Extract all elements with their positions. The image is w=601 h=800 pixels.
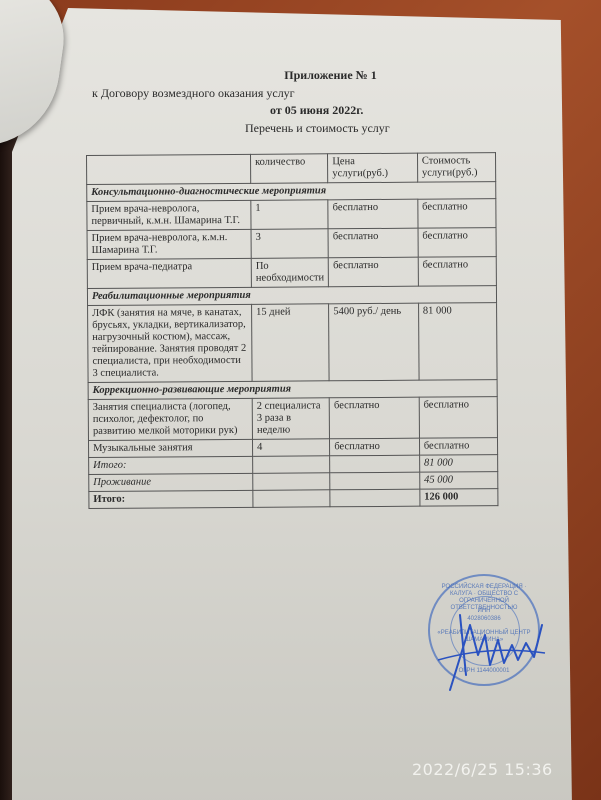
- service-cost: бесплатно: [418, 199, 496, 229]
- list-heading: Перечень и стоимость услуг: [245, 121, 390, 136]
- service-quantity: По необходимости: [251, 258, 328, 288]
- summary-label: Итого:: [89, 490, 253, 508]
- service-price: бесплатно: [329, 397, 419, 439]
- table-row: ЛФК (занятия на мяче, в канатах, брусьях…: [88, 303, 498, 383]
- service-cost: 81 000: [418, 303, 497, 381]
- table-header-row: количествоЦена услуги(руб.)Стоимость усл…: [87, 153, 496, 185]
- column-header: [87, 154, 251, 184]
- summary-empty: [330, 455, 420, 473]
- service-quantity: 1: [251, 200, 328, 230]
- service-price: бесплатно: [328, 228, 418, 258]
- service-name: Занятия специалиста (логопед, психолог, …: [88, 398, 252, 440]
- service-price: бесплатно: [328, 199, 418, 229]
- summary-label: Проживание: [89, 473, 253, 491]
- service-price: бесплатно: [329, 257, 419, 287]
- service-quantity: 2 специалиста 3 раза в неделю: [252, 398, 330, 440]
- summary-value: 81 000: [419, 455, 497, 473]
- table-row: Прием врача-невролога, первичный, к.м.н.…: [87, 199, 496, 231]
- service-name: ЛФК (занятия на мяче, в канатах, брусьях…: [88, 304, 253, 382]
- service-cost: бесплатно: [419, 438, 497, 456]
- summary-value: 45 000: [420, 472, 498, 490]
- summary-empty: [253, 456, 330, 474]
- service-price: 5400 руб./ день: [329, 303, 419, 381]
- service-cost: бесплатно: [419, 397, 497, 439]
- table-row: Занятия специалиста (логопед, психолог, …: [88, 397, 497, 441]
- service-cost: бесплатно: [418, 228, 496, 258]
- summary-label: Итого:: [89, 456, 253, 474]
- service-name: Прием врача-невролога, к.м.н. Шамарина Т…: [87, 229, 251, 259]
- photo-timestamp: 2022/6/25 15:36: [412, 760, 553, 779]
- column-header: Цена услуги(руб.): [328, 153, 418, 183]
- service-cost: бесплатно: [418, 257, 496, 287]
- summary-empty: [330, 489, 420, 507]
- service-name: Музыкальные занятия: [88, 439, 252, 457]
- summary-empty: [253, 473, 330, 491]
- document-title: Приложение № 1: [0, 68, 601, 83]
- contract-date: от 05 июня 2022г.: [270, 103, 363, 118]
- service-quantity: 3: [251, 229, 328, 259]
- service-name: Прием врача-педиатра: [87, 258, 251, 288]
- table-row: Прием врача-невролога, к.м.н. Шамарина Т…: [87, 228, 496, 260]
- summary-row: Итого:126 000: [89, 489, 498, 509]
- summary-empty: [253, 490, 330, 508]
- service-quantity: 4: [253, 439, 330, 457]
- signature: [430, 605, 550, 695]
- service-name: Прием врача-невролога, первичный, к.м.н.…: [87, 200, 251, 230]
- column-header: количество: [251, 154, 328, 184]
- summary-empty: [330, 472, 420, 490]
- contract-reference: к Договору возмездного оказания услуг: [92, 86, 295, 101]
- service-quantity: 15 дней: [252, 304, 330, 382]
- summary-value: 126 000: [420, 489, 498, 507]
- service-price: бесплатно: [330, 438, 420, 456]
- column-header: Стоимость услуги(руб.): [417, 153, 495, 183]
- table-row: Прием врача-педиатраПо необходимостибесп…: [87, 257, 496, 289]
- services-table: количествоЦена услуги(руб.)Стоимость усл…: [86, 152, 498, 509]
